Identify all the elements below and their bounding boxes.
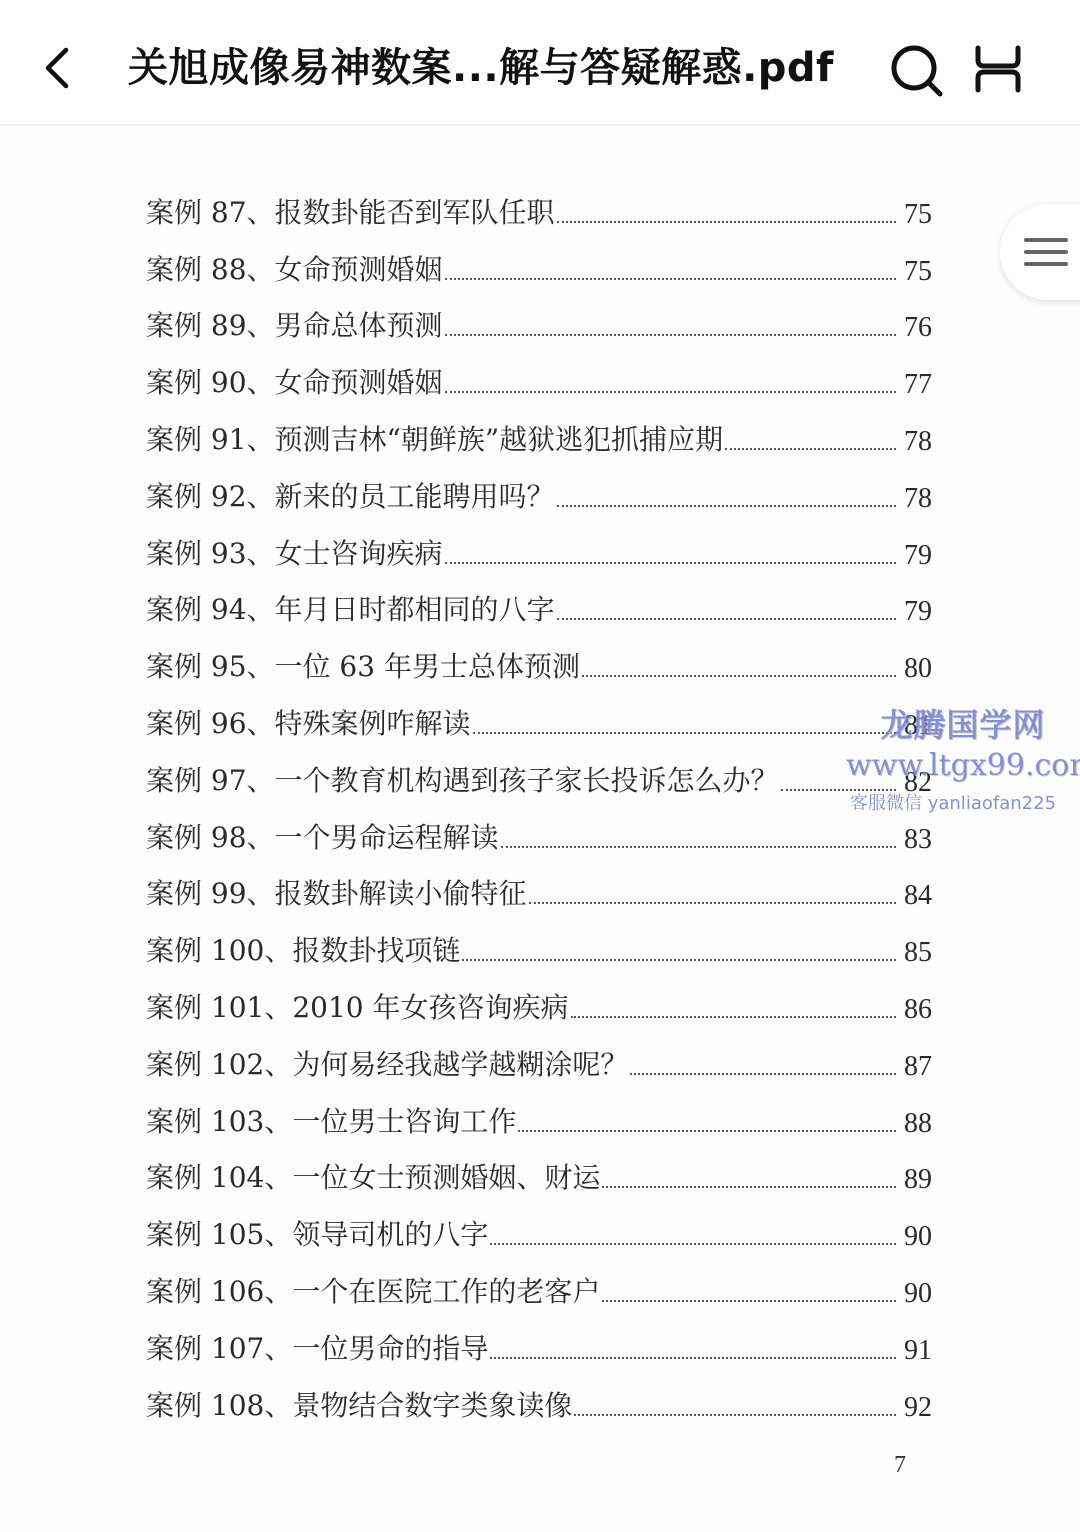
dot-leader <box>445 278 896 280</box>
dot-leader <box>557 221 896 223</box>
toc-entry-page: 86 <box>898 994 932 1032</box>
toc-entry[interactable]: 案例 98、一个男命运程解读83 <box>146 805 932 862</box>
toc-entry-title: 案例 91、预测吉林“朝鲜族”越狱逃犯抓捕应期 <box>146 418 723 464</box>
dot-leader <box>529 902 896 904</box>
toc-entry-page: 87 <box>898 1051 932 1089</box>
toc-entry-title: 案例 102、为何易经我越学越糊涂呢？ <box>146 1043 628 1089</box>
dot-leader <box>473 732 896 734</box>
search-button[interactable] <box>888 42 946 100</box>
toc-entry[interactable]: 案例 97、一个教育机构遇到孩子家长投诉怎么办？82 <box>146 748 932 805</box>
toc-entry[interactable]: 案例 104、一位女士预测婚姻、财运89 <box>146 1146 932 1203</box>
toc-entry[interactable]: 案例 108、景物结合数字类象读像92 <box>146 1373 932 1430</box>
dot-leader <box>582 675 896 677</box>
toc-entry-page: 91 <box>898 1335 932 1373</box>
dot-leader <box>445 334 896 336</box>
toc-entry-page: 84 <box>898 880 932 918</box>
toc-entry-page: 75 <box>898 199 932 237</box>
toc-entry[interactable]: 案例 87、报数卦能否到军队任职75 <box>146 180 932 237</box>
toc-entry[interactable]: 案例 105、领导司机的八字90 <box>146 1202 932 1259</box>
dot-leader <box>445 562 896 564</box>
table-of-contents: 案例 87、报数卦能否到军队任职75案例 88、女命预测婚姻75案例 89、男命… <box>146 180 932 1430</box>
toc-entry[interactable]: 案例 91、预测吉林“朝鲜族”越狱逃犯抓捕应期78 <box>146 407 932 464</box>
toc-entry-title: 案例 100、报数卦找项链 <box>146 929 460 975</box>
toc-entry[interactable]: 案例 99、报数卦解读小偷特征84 <box>146 862 932 919</box>
dot-leader <box>557 618 896 620</box>
toc-entry-title: 案例 106、一个在医院工作的老客户 <box>146 1270 600 1316</box>
toc-entry-page: 81 <box>898 710 932 748</box>
toc-entry-page: 90 <box>898 1278 932 1316</box>
search-icon <box>888 42 946 100</box>
toc-entry-page: 79 <box>898 596 932 634</box>
toc-entry-page: 75 <box>898 256 932 294</box>
toc-entry-title: 案例 108、景物结合数字类象读像 <box>146 1384 572 1430</box>
toc-entry-page: 90 <box>898 1221 932 1259</box>
dot-leader <box>518 1130 896 1132</box>
dot-leader <box>462 959 896 961</box>
toc-entry[interactable]: 案例 102、为何易经我越学越糊涂呢？87 <box>146 1032 932 1089</box>
toc-entry[interactable]: 案例 90、女命预测婚姻77 <box>146 350 932 407</box>
dot-leader <box>571 1016 896 1018</box>
toc-entry-title: 案例 92、新来的员工能聘用吗？ <box>146 475 555 521</box>
toc-entry[interactable]: 案例 93、女士咨询疾病79 <box>146 521 932 578</box>
toc-entry-title: 案例 101、2010 年女孩咨询疾病 <box>146 986 569 1032</box>
dot-leader <box>574 1414 896 1416</box>
dot-leader <box>445 391 896 393</box>
toc-entry-page: 76 <box>898 312 932 350</box>
dot-leader <box>490 1357 896 1359</box>
toc-entry-title: 案例 93、女士咨询疾病 <box>146 532 443 578</box>
toc-entry[interactable]: 案例 106、一个在医院工作的老客户90 <box>146 1259 932 1316</box>
toc-entry[interactable]: 案例 103、一位男士咨询工作88 <box>146 1089 932 1146</box>
toc-entry-page: 85 <box>898 937 932 975</box>
top-bar: 关旭成像易神数案...解与答疑解惑.pdf <box>0 0 1080 126</box>
toc-entry-title: 案例 97、一个教育机构遇到孩子家长投诉怎么办？ <box>146 759 779 805</box>
toc-entry-title: 案例 88、女命预测婚姻 <box>146 248 443 294</box>
toc-entry[interactable]: 案例 88、女命预测婚姻75 <box>146 237 932 294</box>
toc-entry-page: 89 <box>898 1164 932 1202</box>
toc-entry-title: 案例 87、报数卦能否到军队任职 <box>146 191 555 237</box>
toc-entry[interactable]: 案例 96、特殊案例咋解读81 <box>146 691 932 748</box>
toc-entry-page: 79 <box>898 540 932 578</box>
dot-leader <box>725 448 896 450</box>
toc-entry-page: 77 <box>898 369 932 407</box>
page-layout-icon <box>970 44 1026 94</box>
toc-entry-title: 案例 103、一位男士咨询工作 <box>146 1100 516 1146</box>
toc-entry-page: 78 <box>898 426 932 464</box>
toc-entry[interactable]: 案例 107、一位男命的指导91 <box>146 1316 932 1373</box>
toc-entry-title: 案例 107、一位男命的指导 <box>146 1327 488 1373</box>
toc-entry[interactable]: 案例 100、报数卦找项链85 <box>146 918 932 975</box>
document-title: 关旭成像易神数案...解与答疑解惑.pdf <box>128 42 868 94</box>
toc-entry-page: 92 <box>898 1392 932 1430</box>
toc-entry-page: 78 <box>898 483 932 521</box>
toc-entry-title: 案例 96、特殊案例咋解读 <box>146 702 471 748</box>
pdf-page: 案例 87、报数卦能否到军队任职75案例 88、女命预测婚姻75案例 89、男命… <box>0 126 1080 1532</box>
toc-entry-title: 案例 94、年月日时都相同的八字 <box>146 588 555 634</box>
dot-leader <box>602 1186 896 1188</box>
toc-entry-title: 案例 89、男命总体预测 <box>146 304 443 350</box>
toc-entry-title: 案例 90、女命预测婚姻 <box>146 361 443 407</box>
toc-entry[interactable]: 案例 89、男命总体预测76 <box>146 294 932 351</box>
page-number: 7 <box>894 1452 906 1479</box>
dot-leader <box>490 1243 896 1245</box>
toc-entry-page: 83 <box>898 824 932 862</box>
chevron-left-icon <box>38 44 78 92</box>
dot-leader <box>602 1300 896 1302</box>
back-button[interactable] <box>38 44 78 92</box>
toc-entry-title: 案例 98、一个男命运程解读 <box>146 816 499 862</box>
toc-entry[interactable]: 案例 94、年月日时都相同的八字79 <box>146 578 932 635</box>
toc-entry-page: 82 <box>898 767 932 805</box>
toc-entry-page: 88 <box>898 1108 932 1146</box>
toc-entry-title: 案例 99、报数卦解读小偷特征 <box>146 872 527 918</box>
page-layout-button[interactable] <box>970 44 1026 94</box>
toc-entry[interactable]: 案例 92、新来的员工能聘用吗？78 <box>146 464 932 521</box>
dot-leader <box>557 505 896 507</box>
toc-entry-page: 80 <box>898 653 932 691</box>
toc-entry-title: 案例 105、领导司机的八字 <box>146 1213 488 1259</box>
dot-leader <box>630 1073 896 1075</box>
dot-leader <box>781 789 896 791</box>
toc-entry-title: 案例 104、一位女士预测婚姻、财运 <box>146 1156 600 1202</box>
dot-leader <box>501 846 896 848</box>
toc-entry[interactable]: 案例 101、2010 年女孩咨询疾病86 <box>146 975 932 1032</box>
toc-entry[interactable]: 案例 95、一位 63 年男士总体预测80 <box>146 634 932 691</box>
toc-entry-title: 案例 95、一位 63 年男士总体预测 <box>146 645 580 691</box>
